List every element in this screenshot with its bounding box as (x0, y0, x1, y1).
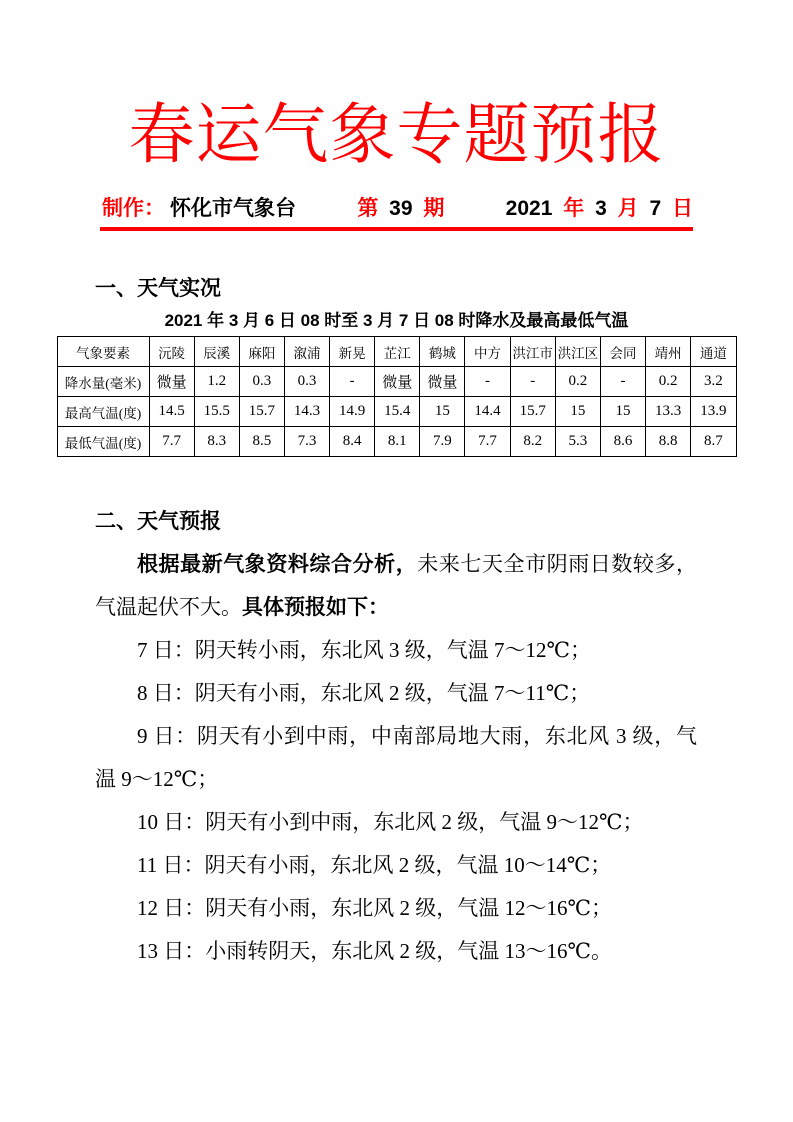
table-cell: 微量 (420, 367, 465, 397)
table-cell: 0.2 (555, 367, 600, 397)
table-cell: 5.3 (555, 427, 600, 457)
forecast-day-12: 12 日：阴天有小雨，东北风 2 级，气温 12～16℃； (95, 887, 697, 930)
document-page: 春运气象专题预报 制作：怀化市气象台 第 39 期 2021 年 3 月 7 日… (0, 0, 793, 1122)
row-label: 最低气温(度) (57, 427, 149, 457)
table-cell: - (330, 367, 375, 397)
column-header: 芷江 (375, 337, 420, 367)
table-cell: 8.1 (375, 427, 420, 457)
table-cell: 微量 (149, 367, 194, 397)
producer-label: 制作： (102, 197, 165, 220)
column-header: 靖州 (646, 337, 691, 367)
section2-heading: 二、天气预报 (95, 508, 793, 535)
weather-observation-table: 气象要素 沅陵 辰溪 麻阳 溆浦 新晃 芷江 鹤城 中方 洪江市 洪江区 会同 … (57, 336, 737, 457)
date-day: 7 (649, 197, 661, 220)
table-cell: 8.5 (239, 427, 284, 457)
issue-date: 2021 年 3 月 7 日 (506, 195, 693, 222)
forecast-day-9: 9 日：阴天有小到中雨，中南部局地大雨，东北风 3 级，气温 9～12℃； (95, 715, 697, 801)
forecast-day-8: 8 日：阴天有小雨，东北风 2 级，气温 7～11℃； (95, 672, 697, 715)
table-cell: 15 (420, 397, 465, 427)
table-cell: 7.7 (465, 427, 510, 457)
column-header: 洪江市 (510, 337, 555, 367)
table-cell: 0.3 (239, 367, 284, 397)
table-cell: 15 (555, 397, 600, 427)
forecast-day-13: 13 日：小雨转阴天，东北风 2 级，气温 13～16℃。 (95, 930, 697, 973)
table-cell: 13.3 (646, 397, 691, 427)
date-month: 3 (595, 197, 607, 220)
table-cell: 8.4 (330, 427, 375, 457)
issue-value: 39 (389, 197, 412, 220)
table-cell: 微量 (375, 367, 420, 397)
table-cell: 7.3 (284, 427, 329, 457)
column-header: 中方 (465, 337, 510, 367)
section1-heading: 一、天气实况 (95, 275, 793, 302)
column-header: 溆浦 (284, 337, 329, 367)
issue-prefix: 第 (357, 197, 378, 220)
table-cell: 15.5 (194, 397, 239, 427)
table-cell: - (600, 367, 645, 397)
table-cell: 14.4 (465, 397, 510, 427)
table-cell: 13.9 (691, 397, 736, 427)
table-cell: 8.2 (510, 427, 555, 457)
table-cell: 0.2 (646, 367, 691, 397)
document-title: 春运气象专题预报 (0, 0, 793, 180)
column-header: 辰溪 (194, 337, 239, 367)
column-header: 通道 (691, 337, 736, 367)
column-header: 会同 (600, 337, 645, 367)
byline: 制作：怀化市气象台 第 39 期 2021 年 3 月 7 日 (102, 195, 693, 222)
table-cell: - (465, 367, 510, 397)
row-label: 最高气温(度) (57, 397, 149, 427)
column-header: 洪江区 (555, 337, 600, 367)
column-header: 新晃 (330, 337, 375, 367)
column-header: 气象要素 (57, 337, 149, 367)
table-cell: 8.3 (194, 427, 239, 457)
column-header: 沅陵 (149, 337, 194, 367)
table-cell: 7.9 (420, 427, 465, 457)
intro-emphasis-tail: 具体预报如下： (242, 596, 389, 619)
column-header: 麻阳 (239, 337, 284, 367)
issue-suffix: 期 (423, 197, 444, 220)
row-label: 降水量(毫米) (57, 367, 149, 397)
table-cell: 8.7 (691, 427, 736, 457)
forecast-intro: 根据最新气象资料综合分析，未来七天全市阴雨日数较多，气温起伏不大。具体预报如下： (95, 543, 697, 629)
table-header-row: 气象要素 沅陵 辰溪 麻阳 溆浦 新晃 芷江 鹤城 中方 洪江市 洪江区 会同 … (57, 337, 736, 367)
table-cell: 15 (600, 397, 645, 427)
table-cell: - (510, 367, 555, 397)
table-cell: 15.7 (510, 397, 555, 427)
table-cell: 0.3 (284, 367, 329, 397)
forecast-day-11: 11 日：阴天有小雨，东北风 2 级，气温 10～14℃； (95, 844, 697, 887)
date-year: 2021 (506, 197, 553, 220)
header-divider (100, 227, 693, 231)
table-cell: 14.3 (284, 397, 329, 427)
intro-emphasis-lead: 根据最新气象资料综合分析， (137, 553, 417, 576)
producer-name: 怀化市气象台 (170, 197, 296, 220)
table-cell: 15.4 (375, 397, 420, 427)
table-cell: 8.8 (646, 427, 691, 457)
table-row-max-temp: 最高气温(度) 14.5 15.5 15.7 14.3 14.9 15.4 15… (57, 397, 736, 427)
table-cell: 7.7 (149, 427, 194, 457)
date-month-label: 月 (618, 197, 639, 220)
column-header: 鹤城 (420, 337, 465, 367)
table-cell: 14.5 (149, 397, 194, 427)
producer-info: 制作：怀化市气象台 (102, 195, 296, 222)
weather-table-caption: 2021 年 3 月 6 日 08 时至 3 月 7 日 08 时降水及最高最低… (40, 310, 753, 332)
table-cell: 8.6 (600, 427, 645, 457)
table-row-precipitation: 降水量(毫米) 微量 1.2 0.3 0.3 - 微量 微量 - - 0.2 -… (57, 367, 736, 397)
date-year-label: 年 (563, 197, 584, 220)
table-cell: 1.2 (194, 367, 239, 397)
forecast-day-10: 10 日：阴天有小到中雨，东北风 2 级，气温 9～12℃； (95, 801, 697, 844)
forecast-day-7: 7 日：阴天转小雨，东北风 3 级，气温 7～12℃； (95, 629, 697, 672)
table-row-min-temp: 最低气温(度) 7.7 8.3 8.5 7.3 8.4 8.1 7.9 7.7 … (57, 427, 736, 457)
table-cell: 3.2 (691, 367, 736, 397)
table-cell: 14.9 (330, 397, 375, 427)
issue-number: 第 39 期 (357, 195, 444, 222)
table-cell: 15.7 (239, 397, 284, 427)
date-day-label: 日 (672, 197, 693, 220)
